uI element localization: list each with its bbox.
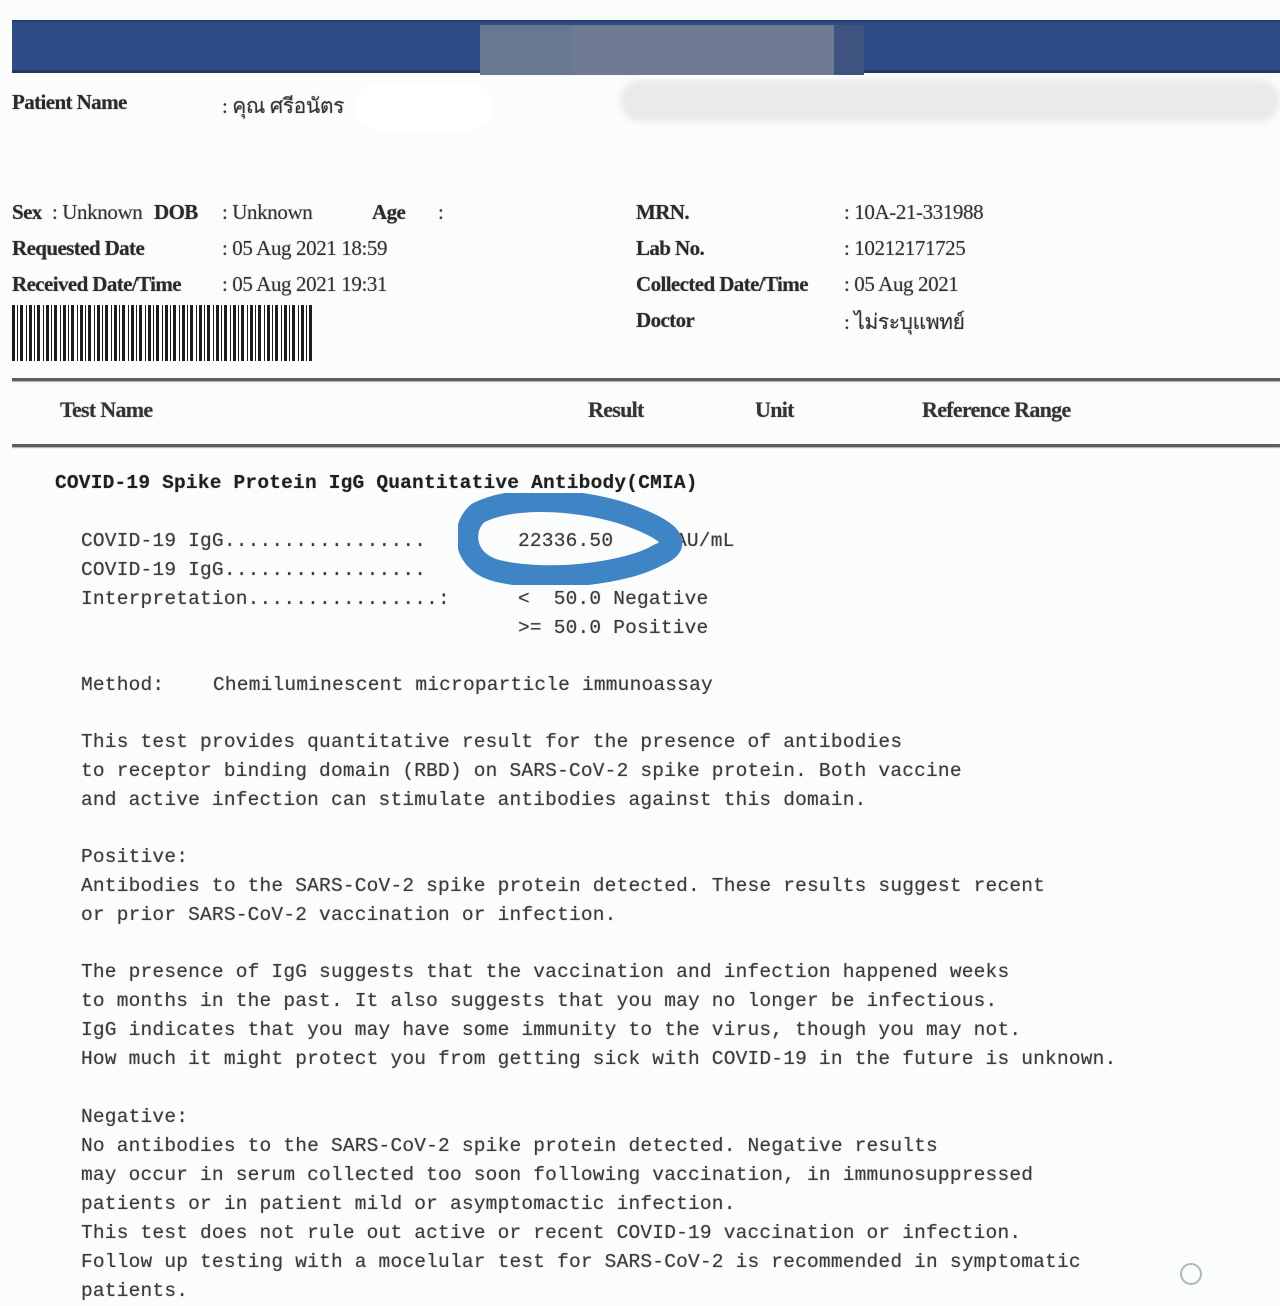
lab-no-value: : 10212171725 (844, 236, 965, 261)
divider (12, 444, 1280, 447)
interpretation-positive: >= 50.0 Positive (518, 617, 708, 639)
received-date-label: Received Date/Time (12, 272, 181, 297)
negative-line: Follow up testing with a mocelular test … (81, 1251, 1081, 1273)
col-reference-range: Reference Range (922, 397, 1071, 423)
col-unit: Unit (755, 397, 794, 423)
redaction-box (834, 25, 864, 75)
positive-line: Positive: (81, 846, 188, 868)
redaction-blob (355, 82, 493, 130)
dob-value: : Unknown (222, 200, 312, 225)
redaction-box (570, 25, 834, 75)
test-row-name: COVID-19 IgG................. (81, 559, 426, 581)
redaction-box (480, 25, 570, 75)
description-line: This test provides quantitative result f… (81, 731, 902, 753)
redaction-blob (620, 80, 1280, 122)
doctor-label: Doctor (636, 308, 694, 333)
mrn-value: : 10A-21-331988 (844, 200, 983, 225)
col-test-name: Test Name (60, 397, 153, 423)
dob-label: DOB (154, 200, 198, 225)
collected-date-label: Collected Date/Time (636, 272, 808, 297)
divider (12, 378, 1280, 381)
blue-circle-annotation (458, 493, 688, 585)
igg-line: The presence of IgG suggests that the va… (81, 961, 1009, 983)
mrn-label: MRN. (636, 200, 689, 225)
doctor-value: : ไม่ระบุแพทย์ (844, 306, 965, 339)
negative-line: patients. (81, 1280, 188, 1302)
col-result: Result (588, 397, 644, 423)
negative-line: No antibodies to the SARS-CoV-2 spike pr… (81, 1135, 938, 1157)
patient-name-value: : คุณ ศรีอนัตร (222, 90, 344, 123)
igg-line: IgG indicates that you may have some imm… (81, 1019, 1021, 1041)
negative-line: Negative: (81, 1106, 188, 1128)
received-date-value: : 05 Aug 2021 19:31 (222, 272, 387, 297)
sex-value: : Unknown (52, 200, 142, 225)
requested-date-label: Requested Date (12, 236, 144, 261)
lab-no-label: Lab No. (636, 236, 704, 261)
negative-line: patients or in patient mild or asymptoma… (81, 1193, 736, 1215)
age-label: Age (372, 200, 405, 225)
sex-label: Sex (12, 200, 42, 225)
interpretation-negative: < 50.0 Negative (518, 588, 708, 610)
requested-date-value: : 05 Aug 2021 18:59 (222, 236, 387, 261)
negative-line: This test does not rule out active or re… (81, 1222, 1021, 1244)
method-value: Chemiluminescent microparticle immunoass… (213, 674, 713, 696)
age-value: : (438, 200, 443, 225)
barcode (12, 305, 312, 361)
negative-line: may occur in serum collected too soon fo… (81, 1164, 1033, 1186)
test-row-name: COVID-19 IgG................. (81, 530, 426, 552)
igg-line: How much it might protect you from getti… (81, 1048, 1116, 1070)
description-line: to receptor binding domain (RBD) on SARS… (81, 760, 962, 782)
positive-line: or prior SARS-CoV-2 vaccination or infec… (81, 904, 617, 926)
test-title: COVID-19 Spike Protein IgG Quantitative … (55, 472, 698, 494)
cursor-icon (1180, 1263, 1202, 1285)
collected-date-value: : 05 Aug 2021 (844, 272, 958, 297)
patient-name-label: Patient Name (12, 90, 127, 115)
method-label: Method: (81, 674, 164, 696)
positive-line: Antibodies to the SARS-CoV-2 spike prote… (81, 875, 1045, 897)
igg-line: to months in the past. It also suggests … (81, 990, 997, 1012)
test-row-name: Interpretation................: (81, 588, 450, 610)
description-line: and active infection can stimulate antib… (81, 789, 867, 811)
